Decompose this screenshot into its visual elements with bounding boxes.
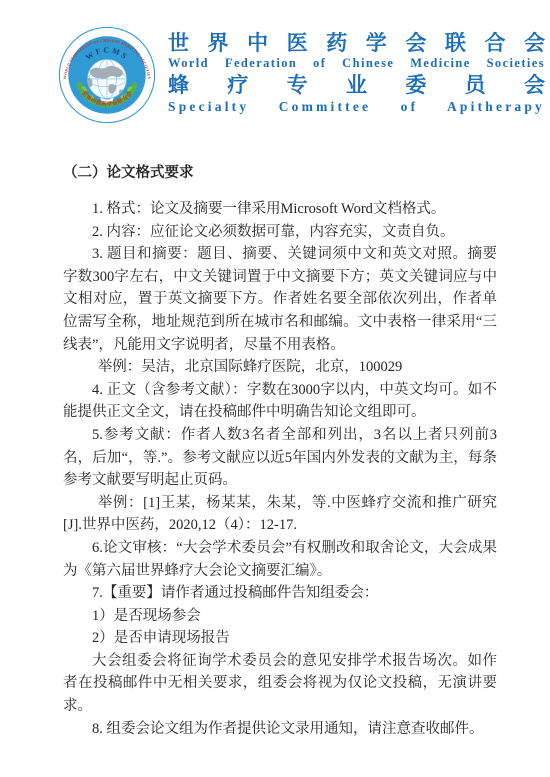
document-paragraph: 举例：吴洁，北京国际蜂疗医院，北京，100029: [63, 356, 497, 379]
document-paragraph: 6.论文审核：“大会学术委员会”有权删改和取舍论文，大会成果为《第六届世界蜂疗大…: [63, 537, 497, 582]
document-paragraph: 举例：[1]王某，杨某某，朱某，等.中医蜂疗交流和推广研究[J].世界中医药，2…: [63, 492, 497, 537]
document-paragraph: 8. 组委会论文组为作者提供论文录用通知，请注意查收邮件。: [63, 718, 497, 741]
org-name-english: World Federation of Chinese Medicine Soc…: [168, 55, 545, 71]
committee-name-chinese: 蜂疗专业委员会: [168, 73, 545, 97]
document-paragraph: 5.参考文献：作者人数3名者全部和列出，3名以上者只列前3名，后加“，等.”。参…: [63, 424, 497, 492]
document-paragraph: 1）是否现场参会: [63, 605, 497, 628]
letterhead-titles: 世界中医药学会联合会 World Federation of Chinese M…: [168, 31, 545, 115]
document-paragraph: 3. 题目和摘要：题目、摘要、关键词须中文和英文对照。摘要字数300字左右，中文…: [63, 243, 497, 356]
wfcms-logo: WORLD FEDERATION OF CHINESE MEDICINE SOC…: [58, 26, 156, 124]
document-paragraph: 2. 内容：应征论文必须数据可靠，内容充实，文责自负。: [63, 221, 497, 244]
letterhead: WORLD FEDERATION OF CHINESE MEDICINE SOC…: [0, 0, 550, 130]
wfcms-logo-icon: WORLD FEDERATION OF CHINESE MEDICINE SOC…: [58, 26, 156, 124]
document-paragraph: 大会组委会将征询学术委员会的意见安排学术报告场次。如作者在投稿邮件中无相关要求，…: [63, 650, 497, 718]
committee-name-english: Specialty Committee of Apitherapy: [168, 98, 545, 115]
globe-icon: [87, 59, 127, 98]
section-heading: （二）论文格式要求: [63, 161, 497, 185]
document-paragraph: 4. 正文（含参考文献）：字数在3000字以内，中英文均可。如不能提供正文全文，…: [63, 379, 497, 424]
document-paragraph: 7.【重要】请作者通过投稿邮件告知组委会：: [63, 582, 497, 605]
org-name-chinese: 世界中医药学会联合会: [168, 31, 545, 55]
document-paragraph: 2）是否申请现场报告: [63, 627, 497, 650]
paragraph-list: 1. 格式：论文及摘要一律采用Microsoft Word文档格式。2. 内容：…: [63, 198, 497, 740]
document-body: （二）论文格式要求 1. 格式：论文及摘要一律采用Microsoft Word文…: [63, 161, 497, 740]
document-paragraph: 1. 格式：论文及摘要一律采用Microsoft Word文档格式。: [63, 198, 497, 221]
document-page: WORLD FEDERATION OF CHINESE MEDICINE SOC…: [0, 0, 550, 777]
